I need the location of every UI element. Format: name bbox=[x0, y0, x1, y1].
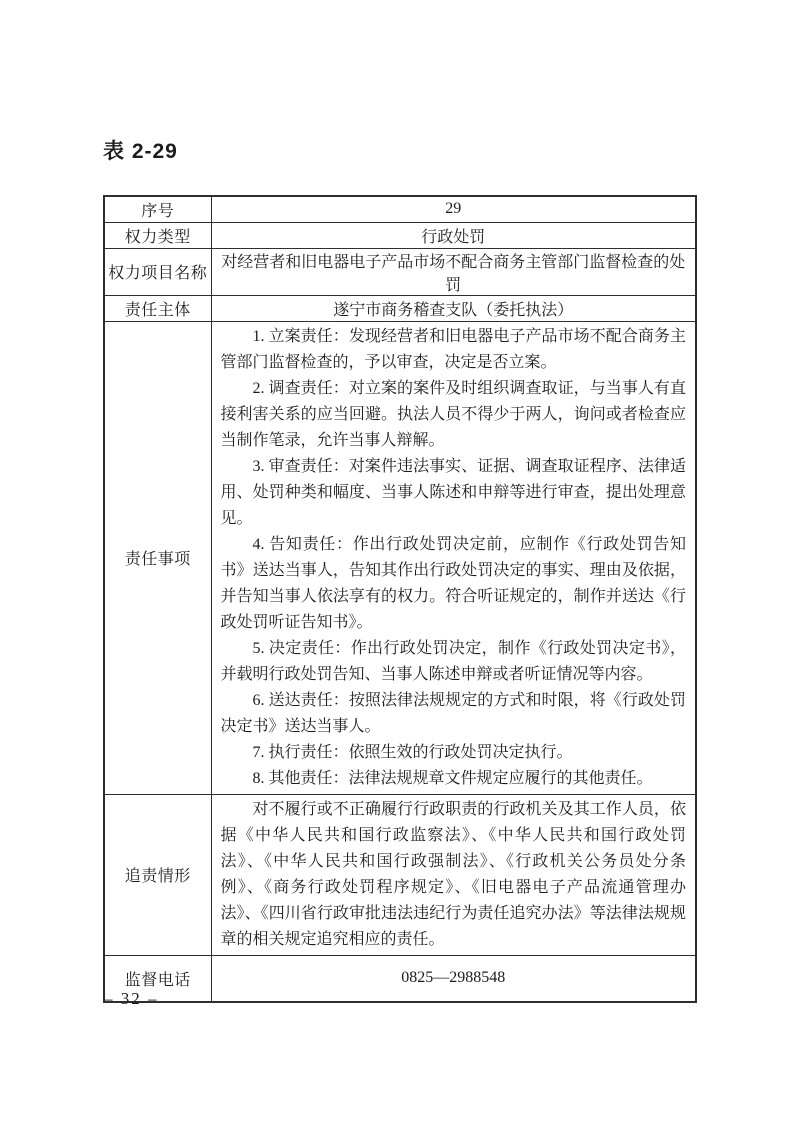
table-row-responsible-body: 责任主体 遂宁市商务稽查支队（委托执法） bbox=[104, 295, 696, 321]
row-value: 行政处罚 bbox=[211, 222, 696, 248]
row-label: 责任事项 bbox=[104, 321, 211, 794]
row-value: 29 bbox=[211, 196, 696, 222]
row-value: 对经营者和旧电器电子产品市场不配合商务主管部门监督检查的处罚 bbox=[211, 248, 696, 295]
paragraph: 3. 审查责任：对案件违法事实、证据、调查取证程序、法律适用、处罚种类和幅度、当… bbox=[221, 454, 687, 532]
row-label: 责任主体 bbox=[104, 295, 211, 321]
accountability-cell: 对不履行或不正确履行行政职责的行政机关及其工作人员，依据《中华人民共和国行政监察… bbox=[211, 794, 696, 955]
table-row-power-item-name: 权力项目名称 对经营者和旧电器电子产品市场不配合商务主管部门监督检查的处罚 bbox=[104, 248, 696, 295]
page-number: – 32 – bbox=[104, 989, 159, 1009]
paragraph: 6. 送达责任：按照法律法规规定的方式和时限，将《行政处罚决定书》送达当事人。 bbox=[221, 688, 687, 740]
duty-items-cell: 1. 立案责任：发现经营者和旧电器电子产品市场不配合商务主管部门监督检查的，予以… bbox=[211, 321, 696, 794]
paragraph: 8. 其他责任：法律法规规章文件规定应履行的其他责任。 bbox=[221, 766, 687, 792]
paragraph: 4. 告知责任：作出行政处罚决定前，应制作《行政处罚告知书》送达当事人，告知其作… bbox=[221, 532, 687, 636]
paragraph: 5. 决定责任：作出行政处罚决定，制作《行政处罚决定书》，并载明行政处罚告知、当… bbox=[221, 636, 687, 688]
row-value: 遂宁市商务稽查支队（委托执法） bbox=[211, 295, 696, 321]
row-label: 权力项目名称 bbox=[104, 248, 211, 295]
paragraph: 2. 调查责任：对立案的案件及时组织调查取证，与当事人有直接利害关系的应当回避。… bbox=[221, 376, 687, 454]
paragraph: 7. 执行责任：依照生效的行政处罚决定执行。 bbox=[221, 740, 687, 766]
row-label: 权力类型 bbox=[104, 222, 211, 248]
document-page: 表 2-29 序号 29 权力类型 行政处罚 权力项目名称 对经营者和旧电器电子… bbox=[0, 0, 793, 1122]
table-row-power-type: 权力类型 行政处罚 bbox=[104, 222, 696, 248]
accountability-paragraphs: 对不履行或不正确履行行政职责的行政机关及其工作人员，依据《中华人民共和国行政监察… bbox=[221, 797, 687, 953]
paragraph: 对不履行或不正确履行行政职责的行政机关及其工作人员，依据《中华人民共和国行政监察… bbox=[221, 797, 687, 953]
table-row-duty-items: 责任事项 1. 立案责任：发现经营者和旧电器电子产品市场不配合商务主管部门监督检… bbox=[104, 321, 696, 794]
supervision-phone-number: 0825—2988548 bbox=[211, 955, 696, 1002]
table-row-supervision-phone: 监督电话 0825—2988548 bbox=[104, 955, 696, 1002]
duty-items-paragraphs: 1. 立案责任：发现经营者和旧电器电子产品市场不配合商务主管部门监督检查的，予以… bbox=[221, 324, 687, 792]
table-row-serial-number: 序号 29 bbox=[104, 196, 696, 222]
row-label: 序号 bbox=[104, 196, 211, 222]
power-item-table: 序号 29 权力类型 行政处罚 权力项目名称 对经营者和旧电器电子产品市场不配合… bbox=[103, 195, 697, 1003]
row-label: 追责情形 bbox=[104, 794, 211, 955]
paragraph: 1. 立案责任：发现经营者和旧电器电子产品市场不配合商务主管部门监督检查的，予以… bbox=[221, 324, 687, 376]
table-row-accountability: 追责情形 对不履行或不正确履行行政职责的行政机关及其工作人员，依据《中华人民共和… bbox=[104, 794, 696, 955]
table-caption: 表 2-29 bbox=[103, 140, 178, 164]
